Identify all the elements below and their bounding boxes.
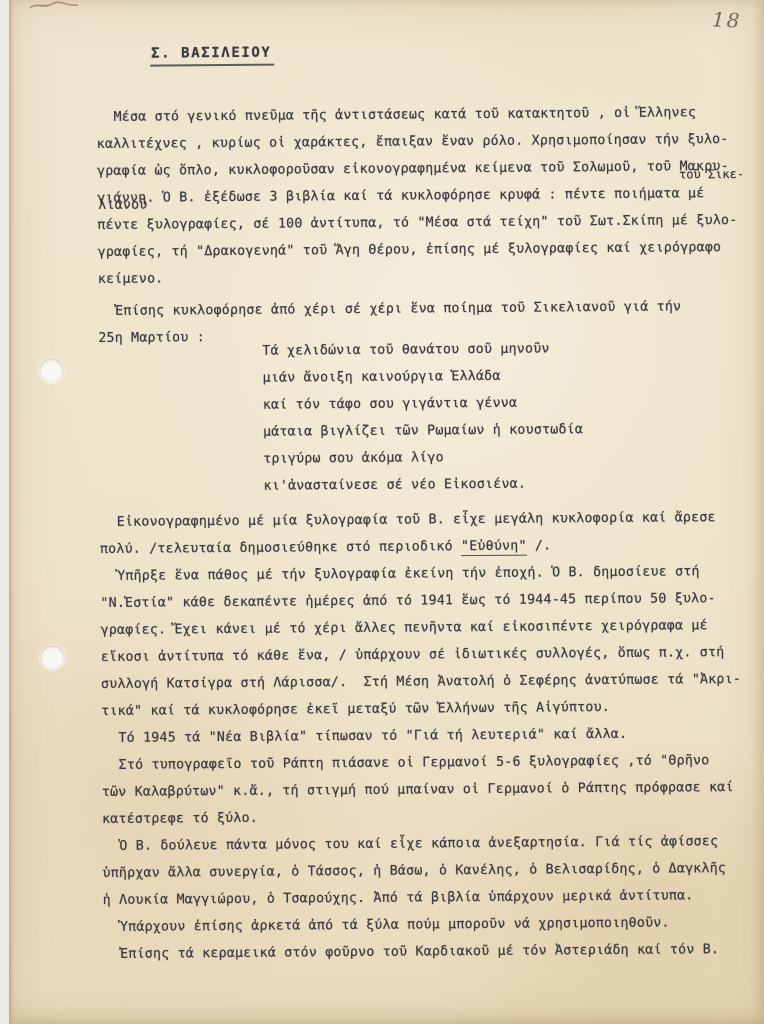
paragraph: Μέσα στό γενικό πνεῦμα τῆς ἀντιστάσεως κ… <box>96 99 757 293</box>
typed-text: ὑπῆρχαν ἄλλα συνεργία, ὁ Τάσσος, ἡ Βάσω,… <box>102 861 726 881</box>
paragraph: Ἐπίσης τά κεραμεικά στόν φοῦρνο τοῦ Καρδ… <box>103 936 763 968</box>
typed-insertion-below: λιανοῦ <box>98 199 147 212</box>
typed-text: "Ν.Ἑστία" κάθε δεκαπέντε ἡμέρες ἀπό τό 1… <box>100 591 716 611</box>
underlined-text: "Εὐθύνη" <box>461 539 527 557</box>
paragraph: Ὑπῆρξε ἕνα πάθος μέ τήν ξυλογραφία ἐκείν… <box>100 558 761 725</box>
handwritten-page-number: 18 <box>711 7 742 33</box>
typed-text: κείμενο. <box>98 271 164 287</box>
punch-hole-bottom <box>40 645 65 670</box>
typed-text: συλλογή Κατσίγρα στή Λάρισσα/. Στή Μέση … <box>101 672 741 692</box>
paragraph: Στό τυπογραφεῖο τοῦ Ράπτη πιάσανε οἱ Γερ… <box>102 747 763 833</box>
text-line: καί τόν τάφο σου γιγάντια γέννα <box>263 388 759 419</box>
typed-text: καί τόν τάφο σου γιγάντια γέννα <box>263 396 517 413</box>
text-line: μάταια βιγλίζει τῶν Ρωμαίων ἡ κουστωδία <box>263 415 759 446</box>
typed-text: καλλιτέχνες , κυρίως οἱ χαράκτες, ἔπαιξα… <box>97 132 729 152</box>
typed-text: τῶν Καλαβρύτων" κ.ἄ., τή στιγμή πού μπαί… <box>102 780 734 800</box>
typed-text: πέντε ξυλογραφίες, σέ 100 ἀντίτυπα, τό "… <box>97 213 737 233</box>
text-line: μιάν ἄνοιξη καινούργια Ἑλλάδα <box>263 361 759 392</box>
typed-text: Μέσα στό γενικό πνεῦμα τῆς ἀντιστάσεως κ… <box>114 105 697 125</box>
typed-text: κατέστρεφε τό ξύλο. <box>102 811 258 827</box>
typed-insertion-above: τοῦ Σικε- <box>679 168 744 181</box>
ink-smudge-mark <box>28 0 80 12</box>
text-line: Τά χελιδώνια τοῦ θανάτου σοῦ μηνοῦν <box>262 334 758 365</box>
typed-text: γραφίες, τή "Δρακογενηά" τοῦ Ἄγη Θέρου, … <box>98 240 722 260</box>
punch-hole-top <box>39 358 64 383</box>
text-line: κείμενο. <box>98 261 758 293</box>
typed-text: Στό τυπογραφεῖο τοῦ Ράπτη πιάσανε οἱ Γερ… <box>119 753 710 773</box>
text-line: τριγύρω σου ἀκόμα λίγο <box>263 442 759 473</box>
typed-text: Ἐπίσης τά κεραμεικά στόν φοῦρνο τοῦ Καρδ… <box>120 942 719 962</box>
typed-text: /. <box>527 538 552 553</box>
typed-text: Ὁ Β. δούλευε πάντα μόνος του καί εἶχε κά… <box>119 834 718 854</box>
typed-text: 25η Μαρτίου : <box>98 330 205 346</box>
typed-text: εἴκοσι ἀντίτυπα τό κάθε ἕνα, / ὑπάρχουν … <box>101 645 725 665</box>
typed-body: Μέσα στό γενικό πνεῦμα τῆς ἀντιστάσεως κ… <box>96 99 763 968</box>
typed-text: τριγύρω σου ἀκόμα λίγο <box>263 450 444 466</box>
typed-text: Τά χελιδώνια τοῦ θανάτου σοῦ μηνοῦν <box>262 341 549 358</box>
typed-text: γιάννη. Ὁ Β. ἐξέδωσε 3 βιβλία καί τά κυκ… <box>97 186 704 206</box>
typed-text: Εἰκονογραφημένο μέ μία ξυλογραφία τοῦ Β.… <box>117 510 716 530</box>
typed-content: Σ. ΒΑΣΙΛΕΙΟΥ Μέσα στό γενικό πνεῦμα τῆς … <box>96 41 763 968</box>
paragraph: Ὁ Β. δούλευε πάντα μόνος του καί εἶχε κά… <box>102 828 763 914</box>
typed-text: Ἐπίσης κυκλοφόρησε ἀπό χέρι σέ χέρι ἕνα … <box>115 299 681 318</box>
text-line: Ἐπίσης τά κεραμεικά στόν φοῦρνο τοῦ Καρδ… <box>103 936 763 968</box>
typed-text: μιάν ἄνοιξη καινούργια Ἑλλάδα <box>263 369 501 386</box>
typed-text: πολύ. /τελευταία δημοσιεύθηκε στό περιοδ… <box>100 539 461 557</box>
typed-text: κι'ἀνασταίνεσε σέ νέο Εἰκοσιένα. <box>263 477 526 494</box>
typed-text: τικά" καί τά κυκλοφόρησε ἐκεῖ μεταξύ τῶν… <box>101 700 610 719</box>
typed-text: Ὑπῆρξε ἕνα πάθος μέ τήν ξυλογραφία ἐκείν… <box>117 564 700 584</box>
scanned-typewritten-page: { "meta": { "paper_color": "#eee3cb", "i… <box>0 0 764 1024</box>
typed-text: μάταια βιγλίζει τῶν Ρωμαίων ἡ κουστωδία <box>263 422 583 440</box>
poem-block: Τά χελιδώνια τοῦ θανάτου σοῦ μηνοῦνμιάν … <box>262 334 759 500</box>
text-line: κι'ἀνασταίνεσε σέ νέο Εἰκοσιένα. <box>263 469 759 500</box>
typed-text: Ὑπάρχουν ἐπίσης ἀρκετά ἀπό τά ξύλα πούμ … <box>120 916 670 935</box>
typed-text: γραφία ὡς ὅπλο, κυκλοφοροῦσαν εἰκονογραφ… <box>97 159 729 179</box>
typed-text: ἡ Λουκία Μαγγιώρου, ὁ Τσαρούχης. Ἀπό τά … <box>103 888 694 908</box>
page-title: Σ. ΒΑΣΙΛΕΙΟΥ <box>150 45 275 67</box>
typed-text: Τό 1945 τά "Νέα Βιβλία" τίπωσαν τό "Γιά … <box>118 727 627 746</box>
typed-text: γραφίες. Ἔχει κάνει μέ τό χέρι ἄλλες πεν… <box>101 618 708 638</box>
paragraph: Εἰκονογραφημένο μέ μία ξυλογραφία τοῦ Β.… <box>100 504 760 563</box>
